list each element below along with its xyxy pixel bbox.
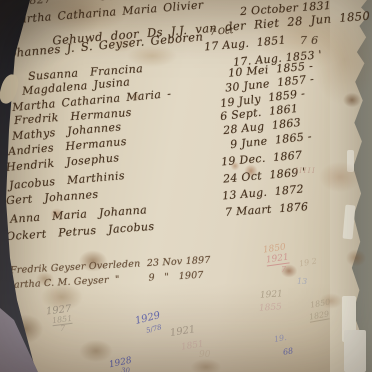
scribble-number-blue: 19. bbox=[273, 333, 287, 344]
child-name: Jacobus Marthinis bbox=[9, 169, 126, 192]
birth-date: 7 Maart 1876 bbox=[225, 200, 309, 219]
scribble-number: 13 bbox=[297, 277, 307, 286]
scribble-year: 19 2 bbox=[298, 257, 317, 269]
birth-date: 13 Aug. 1872 bbox=[222, 182, 305, 202]
scribble-fraction: 5/78 bbox=[145, 323, 162, 335]
scribble-year: 1855 bbox=[259, 302, 283, 314]
scribble-year: 1829 bbox=[308, 309, 330, 322]
scribble-number-blue: 68 bbox=[282, 346, 294, 357]
scribble-number-blue: 30 bbox=[121, 367, 130, 372]
birth-date: 19 Dec. 1867 bbox=[221, 148, 303, 168]
scribble-number: 7 bbox=[60, 324, 65, 333]
scribble-year: 1921 bbox=[169, 324, 196, 339]
date-correction: 7 Oct bbox=[210, 26, 234, 38]
old-register-photo: 1827 Geboren Martha Catharina Maria Oliv… bbox=[0, 0, 372, 372]
torn-paper-chip bbox=[344, 330, 366, 372]
scribble-year: 1921 bbox=[260, 289, 284, 301]
tally-mark: IIIII bbox=[295, 167, 316, 175]
scribble-number: 7 bbox=[281, 265, 286, 274]
scribble-year: 1850 bbox=[309, 297, 331, 309]
torn-paper-chip bbox=[347, 150, 354, 172]
scribble-number: 90 bbox=[199, 350, 210, 360]
date-fragment: 7 6 bbox=[300, 34, 318, 47]
